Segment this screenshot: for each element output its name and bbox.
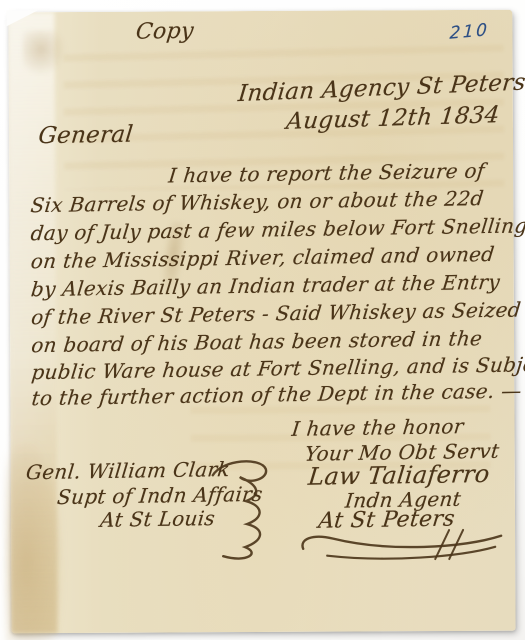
paper-corner-smudge <box>22 30 68 78</box>
folio-number: 210 <box>449 20 490 44</box>
letter-paper-sheet: Copy 210 Indian Agency St Peters August … <box>8 10 515 634</box>
body-line: Six Barrels of Whiskey, on or about the … <box>29 186 485 217</box>
addressee-brace-flourish <box>205 455 278 565</box>
salutation: General <box>37 122 134 150</box>
body-line: day of July past a few miles below Fort … <box>30 213 525 245</box>
body-line: on board of his Boat has been stored in … <box>30 326 483 357</box>
signature-flourish <box>297 528 511 563</box>
body-line: on the Mississippi River, claimed and ow… <box>30 242 496 273</box>
body-line: by Alexis Bailly an Indian trader at the… <box>30 270 501 301</box>
signature-name: Law Taliaferro <box>307 460 491 491</box>
body-line: of the River St Peters - Said Whiskey as… <box>30 297 522 329</box>
body-line: I have to report the Seizure of <box>167 158 486 187</box>
addressee-place: At St Louis <box>99 506 216 532</box>
torn-corner <box>6 10 38 26</box>
copy-annotation: Copy <box>135 19 195 45</box>
letter-scan: Copy 210 Indian Agency St Peters August … <box>0 0 525 640</box>
closing-line: I have the honor <box>291 414 465 441</box>
addressee-name: Genl. William Clark <box>25 457 231 484</box>
